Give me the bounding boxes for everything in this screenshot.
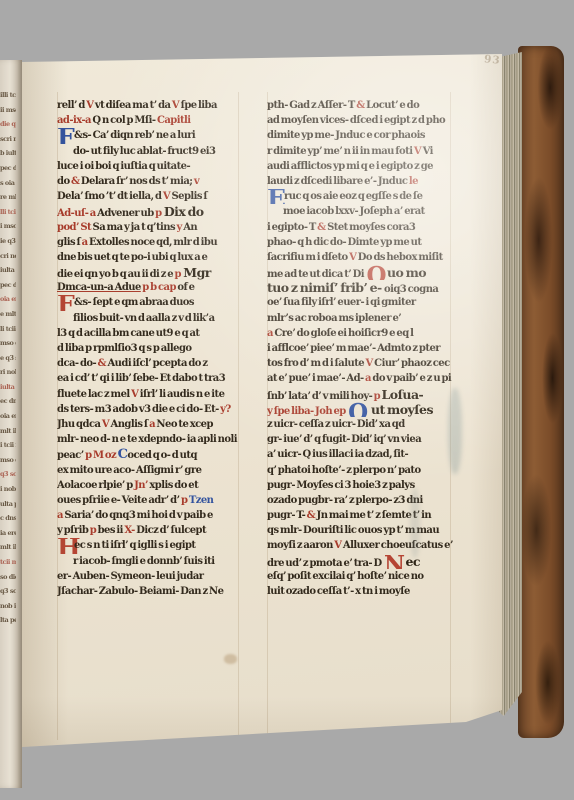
brown-spot: [224, 654, 237, 664]
leather-cover: [518, 46, 564, 738]
text-column-left: rell’ d V vt diſea ma t’ da V ſpe libaad…: [57, 98, 243, 599]
manuscript-photo: illi tcii mso die q3 scri nob iulta pec …: [0, 0, 574, 800]
ghost-text-previous-page: illi tcii mso die q3 scri nob iulta pec …: [0, 88, 16, 636]
left-page-stack: illi tcii mso die q3 scri nob iulta pec …: [0, 60, 22, 788]
text-column-right: pth- Gad z Aſſer- T & Locut’ e doad moyſ…: [267, 98, 453, 599]
manuscript-page: rell’ d V vt diſea ma t’ da V ſpe libaad…: [20, 52, 504, 752]
folio-number: 93: [483, 53, 501, 67]
